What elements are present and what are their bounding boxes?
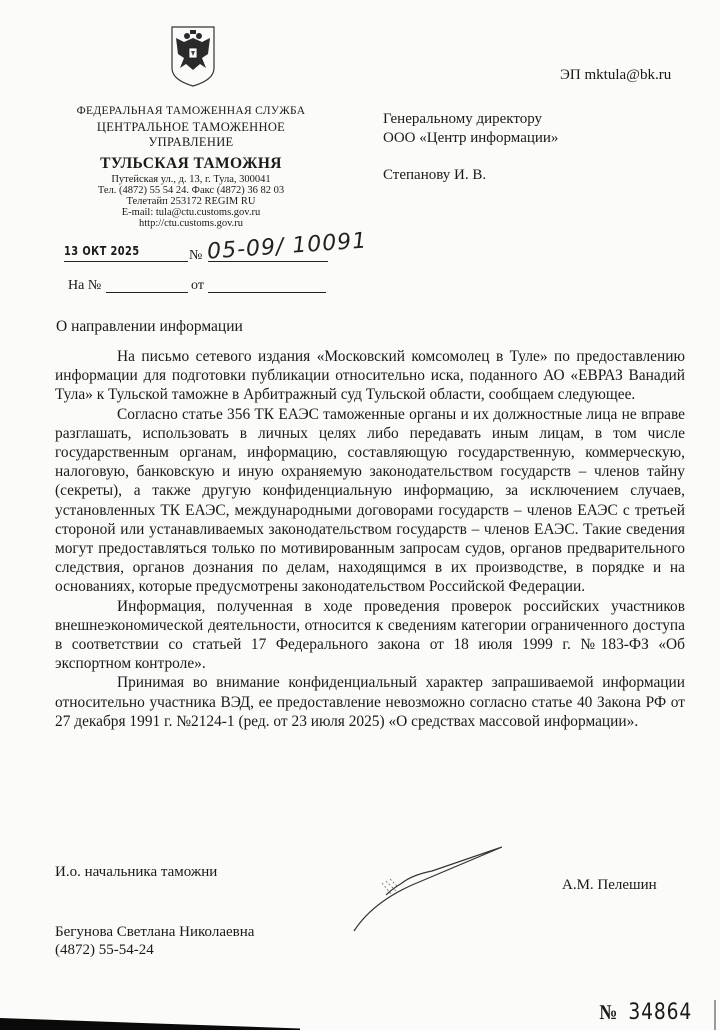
incoming-number: №34864 <box>599 1000 692 1025</box>
recipient-organization: ООО «Центр информации» <box>383 128 558 148</box>
executor-name: Бегунова Светлана Николаевна <box>55 924 254 941</box>
scan-shadow-edge <box>0 1018 300 1030</box>
org-central-directorate-line2: УПРАВЛЕНИЕ <box>60 135 322 150</box>
incoming-number-value: 34864 <box>628 1000 692 1025</box>
org-central-directorate-line1: ЦЕНТРАЛЬНОЕ ТАМОЖЕННОЕ <box>60 120 322 135</box>
org-website: http://ctu.customs.gov.ru <box>60 218 322 229</box>
org-email: E-mail: tula@ctu.customs.gov.ru <box>60 207 322 218</box>
recipient-email: ЭП mktula@bk.ru <box>560 65 671 85</box>
signer-name: А.М. Пелешин <box>562 877 657 894</box>
body-paragraph-4: Принимая во внимание конфиденциальный ха… <box>55 673 685 731</box>
letter-subject: О направлении информации <box>56 318 243 336</box>
reply-from-label: от <box>191 278 204 294</box>
org-title: ТУЛЬСКАЯ ТАМОЖНЯ <box>60 155 322 173</box>
number-label: № <box>189 248 202 264</box>
org-federal-service: ФЕДЕРАЛЬНАЯ ТАМОЖЕННАЯ СЛУЖБА <box>60 105 322 117</box>
org-teletype: Телетайп 253172 REGIM RU <box>60 196 322 207</box>
scan-page-edge <box>714 1000 716 1030</box>
org-phone: Тел. (4872) 55 54 24. Факс (4872) 36 82 … <box>60 185 322 196</box>
signer-position: И.о. начальника таможни <box>55 864 217 881</box>
handwritten-signature-icon <box>352 843 502 933</box>
reply-date-underline <box>208 292 326 293</box>
body-paragraph-2: Согласно статье 356 ТК ЕАЭС таможенные о… <box>55 405 685 597</box>
executor-phone: (4872) 55-54-24 <box>55 942 154 959</box>
handwritten-outgoing-number: 05-09/ 10091 <box>206 228 368 264</box>
reply-to-label: На № <box>68 278 101 294</box>
recipient-position: Генеральному директору <box>383 109 542 129</box>
coat-of-arms-icon <box>168 24 218 88</box>
reply-number-underline <box>106 292 188 293</box>
date-underline <box>64 261 188 262</box>
org-address: Путейская ул., д. 13, г. Тула, 300041 <box>60 174 322 185</box>
body-paragraph-1: На письмо сетевого издания «Московский к… <box>55 347 685 405</box>
body-paragraph-3: Информация, полученная в ходе проведения… <box>55 597 685 674</box>
date-stamp: 13 ОКТ 2025 <box>64 244 140 258</box>
recipient-name: Степанову И. В. <box>383 165 486 185</box>
number-symbol: № <box>599 1000 618 1024</box>
letter-body: На письмо сетевого издания «Московский к… <box>55 347 685 731</box>
